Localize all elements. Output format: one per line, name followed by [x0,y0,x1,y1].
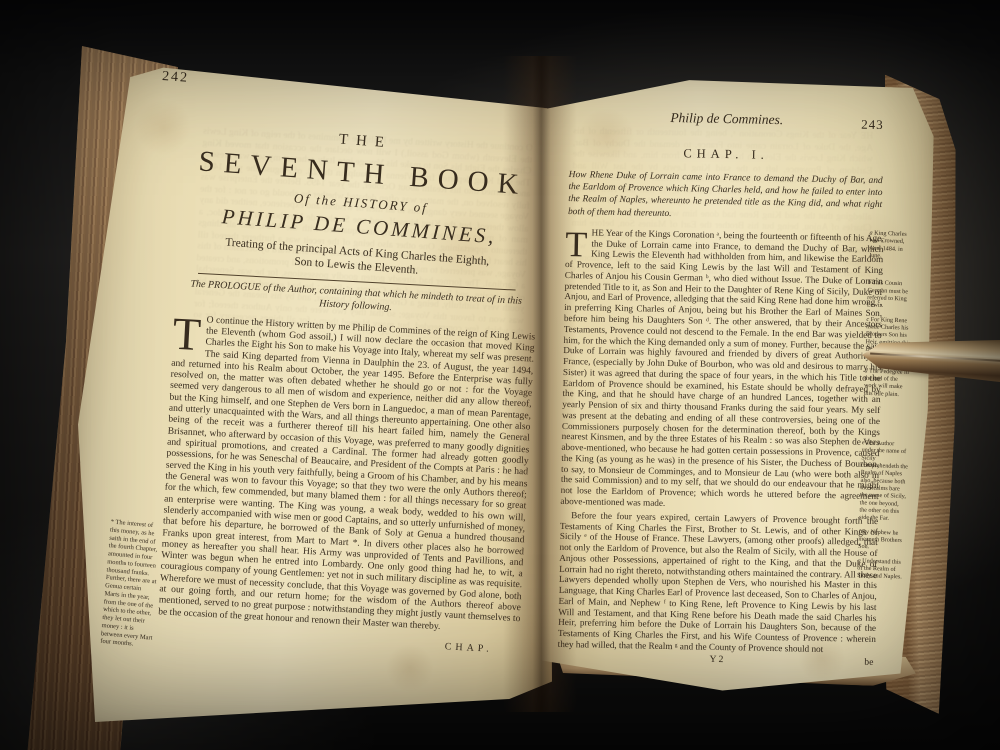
left-page: O continue the History written by me Phi… [78,46,552,722]
paragraph-1: THE Year of the Kings Coronation ᵃ, bein… [560,227,883,513]
note-mark: a [869,230,872,237]
paragraph-1-text: HE Year of the Kings Coronation ᵃ, being… [560,227,883,508]
note-text: This Cousin German must be referred to K… [867,280,908,309]
running-header: Philip de Commines. [670,110,783,127]
note-text: Understand this of the Realm of Sicily a… [857,557,902,580]
book-photo: O continue the History written by me Phi… [0,0,1000,750]
letter-opener-blade [861,332,1000,384]
note-mark: f [859,528,861,535]
note-mark: b [868,279,871,286]
right-page: HE Year of the Kings Coronation ᵃ, being… [532,58,946,710]
margin-note: g Understand this of the Realm of Sicily… [857,557,905,581]
margin-note: a King Charles was Crowned, Ann. 1484. i… [869,230,918,262]
letter-opener [861,332,1000,384]
margin-note: f By Nephew he meaneth Brothers Son. [858,528,906,552]
note-mark: c [866,316,869,323]
chapter-heading: CHAP. I. [567,144,885,165]
book-title: THE SEVENTH BOOK Of the HISTORY of PHILI… [175,120,546,285]
dropcap-right: T [565,227,592,259]
paragraph-2: Before the four years expired, certain L… [558,510,879,656]
dropcap-left: T [172,312,207,353]
note-text: King Charles was Crowned, Ann. 1484. in … [869,230,907,259]
margin-note: b This Cousin German must be referred to… [867,279,916,311]
page-number-right: 243 [861,117,884,133]
note-mark: e [862,439,865,446]
chapter-summary: How Rhene Duke of Lorrain came into Fran… [568,169,883,224]
left-body-text: O continue the History written by me Phi… [158,314,535,632]
note-mark: g [857,557,860,564]
left-margin-note: * The interest of this money, as he sait… [100,519,163,651]
margin-note: e The Author under the name of Sicily co… [859,439,910,523]
left-body-paragraph: TO continue the History written by me Ph… [158,312,535,636]
note-text: The Author under the name of Sicily comp… [859,440,908,522]
signature-mark: Y 2 [709,654,723,665]
catchword-right: be [864,657,873,668]
note-text: By Nephew he meaneth Brothers Son. [858,528,902,550]
